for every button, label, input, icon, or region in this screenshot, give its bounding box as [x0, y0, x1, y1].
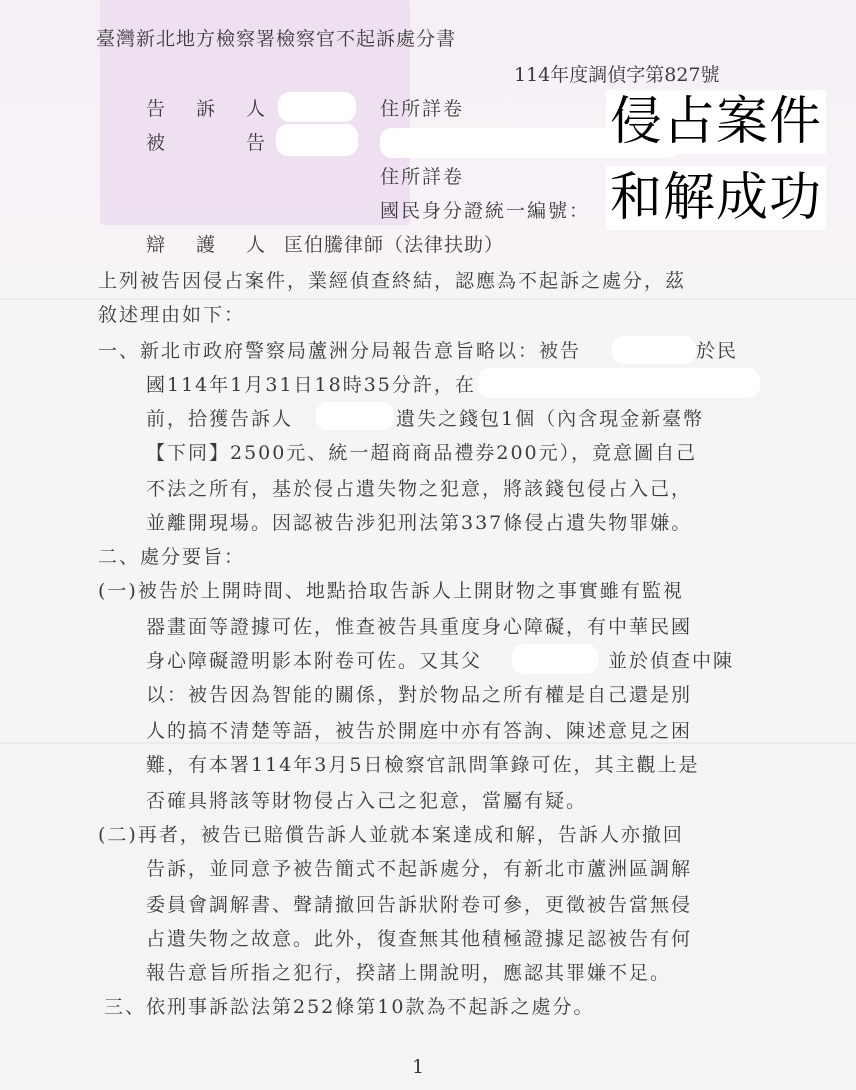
- document-page: 臺灣新北地方檢察署檢察官不起訴處分書 114年度調偵字第827號 告 訴 人 住…: [0, 0, 856, 1090]
- section1-line: 前，拾獲告訴人: [146, 406, 293, 432]
- defender-label-1: 辯: [146, 232, 165, 258]
- complainant-label-1: 告: [146, 96, 165, 122]
- section2-heading: 二、處分要旨：: [98, 544, 245, 570]
- section2-1-line: 器畫面等證據可佐，惟查被告具重度身心障礙，有中華民國: [146, 614, 692, 640]
- defender-label-3: 人: [246, 232, 265, 258]
- complainant-label-3: 人: [246, 96, 265, 122]
- defendant-label-2: 告: [246, 130, 265, 156]
- complainant-label-2: 訴: [196, 96, 215, 122]
- section2-1-line: 以：被告因為智能的關係，對於物品之所有權是自己還是別: [146, 682, 692, 708]
- section2-2-line: 報告意旨所指之犯行，揆諸上開說明，應認其罪嫌不足。: [146, 960, 671, 986]
- defender-label-2: 護: [196, 232, 215, 258]
- section2-1-line: 否確具將該等財物侵占入己之犯意，當屬有疑。: [146, 788, 587, 814]
- overlay-caption-line2: 和解成功: [606, 166, 826, 230]
- redaction-defendant-name: [276, 124, 358, 156]
- document-title: 臺灣新北地方檢察署檢察官不起訴處分書: [96, 26, 456, 52]
- overlay-caption-line1: 侵占案件: [606, 90, 826, 154]
- section1-line: 一、新北市政府警察局蘆洲分局報告意旨略以：被告: [98, 338, 581, 364]
- section2-2-line: (二)再者，被告已賠償告訴人並就本案達成和解，告訴人亦撤回: [98, 822, 684, 848]
- redaction-father-name: [512, 644, 598, 674]
- section1-line: 不法之所有，基於侵占遺失物之犯意，將該錢包侵占入己，: [146, 476, 692, 502]
- section2-2-line: 占遺失物之故意。此外，復查無其他積極證據足認被告有何: [146, 926, 692, 952]
- case-number: 114年度調偵字第827號: [514, 62, 720, 88]
- intro-line: 敘述理由如下：: [98, 302, 245, 328]
- defender-name: 匡伯騰律師（法律扶助）: [284, 232, 504, 258]
- section2-1-line: 身心障礙證明影本附卷可佐。又其父: [146, 648, 482, 674]
- section2-2-line: 告訴，並同意予被告簡式不起訴處分，有新北市蘆洲區調解: [146, 856, 692, 882]
- section1-line: 遺失之錢包1個（內含現金新臺幣: [396, 406, 704, 432]
- defendant-id-label: 國民身分證統一編號：: [380, 198, 590, 224]
- section2-1-line: (一)被告於上開時間、地點拾取告訴人上開財物之事實雖有監視: [98, 578, 684, 604]
- redaction-complainant-name: [316, 402, 394, 430]
- section2-1-line: 難，有本署114年3月5日檢察官訊問筆錄可佐，其主觀上是: [146, 752, 699, 778]
- page-number: 1: [412, 1056, 424, 1078]
- redaction-location: [478, 368, 760, 398]
- section1-line: 於民: [696, 338, 738, 364]
- redaction-defendant-name: [612, 336, 696, 364]
- defendant-address: 住所詳卷: [380, 164, 464, 190]
- section2-2-line: 委員會調解書、聲請撤回告訴狀附卷可參，更徵被告當無侵: [146, 892, 692, 918]
- redaction-complainant-name: [278, 92, 356, 122]
- section2-1-line: 人的搞不清楚等語，被告於開庭中亦有答詢、陳述意見之困: [146, 718, 692, 744]
- section1-line: 國114年1月31日18時35分許，在: [146, 372, 476, 398]
- section1-line: 【下同】2500元、統一超商商品禮券200元），竟意圖自己: [146, 440, 697, 466]
- section3-line: 三、依刑事訴訟法第252條第10款為不起訴之處分。: [104, 994, 594, 1020]
- defendant-label-1: 被: [146, 130, 165, 156]
- paper-fold-line: [0, 298, 856, 300]
- intro-line: 上列被告因侵占案件，業經偵查終結，認應為不起訴之處分，茲: [98, 268, 686, 294]
- complainant-address: 住所詳卷: [380, 96, 464, 122]
- section1-line: 並離開現場。因認被告涉犯刑法第337條侵占遺失物罪嫌。: [146, 510, 692, 536]
- section2-1-line: 並於偵查中陳: [608, 648, 734, 674]
